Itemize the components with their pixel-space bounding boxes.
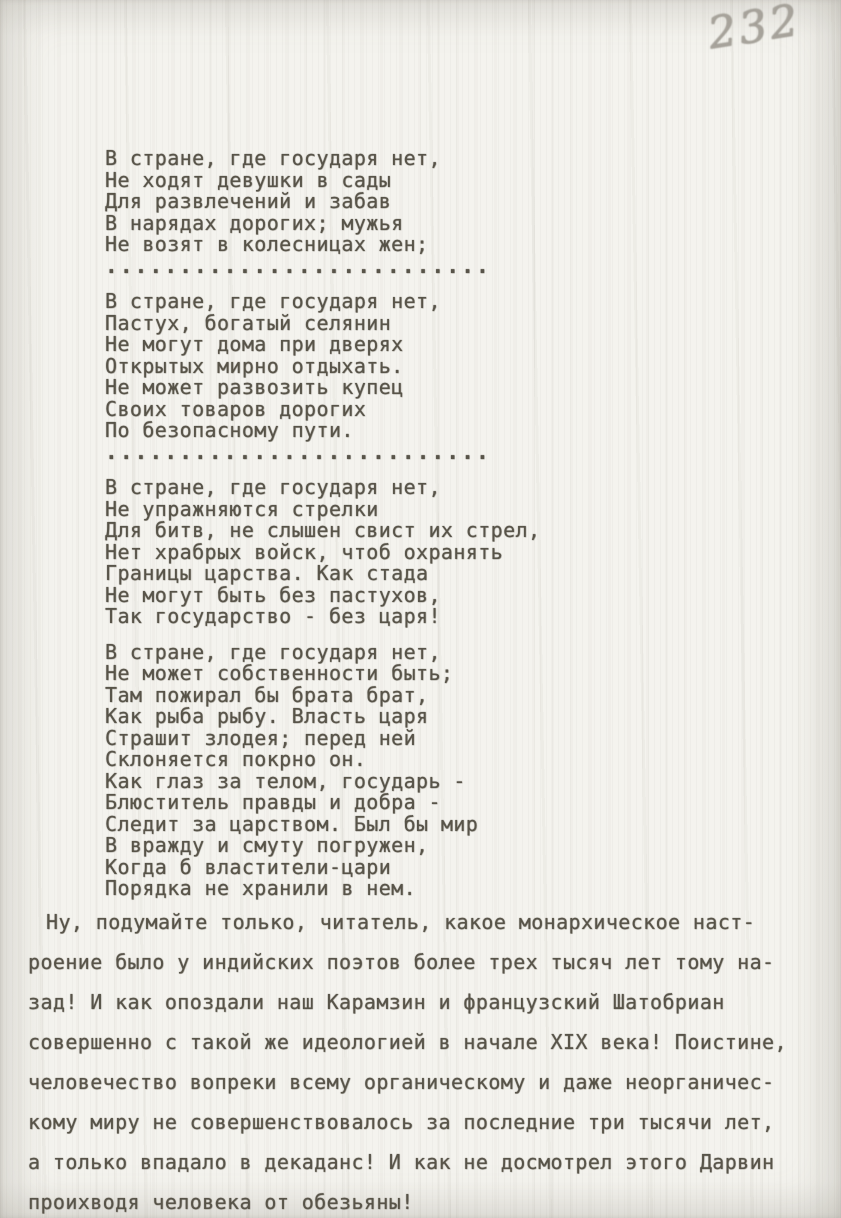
poem-line: Блюститель правды и добра - bbox=[105, 792, 540, 814]
poem-line: Не упражняются стрелки bbox=[105, 499, 540, 521]
poem-line: Для развлечений и забав bbox=[105, 191, 540, 213]
poem-stanza: В стране, где государя нет,Пастух, богат… bbox=[105, 291, 540, 463]
poem-line: Своих товаров дорогих bbox=[105, 399, 540, 421]
prose-line: а только впадало в декаданс! И как не до… bbox=[28, 1142, 818, 1182]
poem-line: Там пожирал бы брата брат, bbox=[105, 685, 540, 707]
prose-line: совершенно с такой же идеологией в начал… bbox=[28, 1022, 818, 1062]
document-page: 232 В стране, где государя нет,Не ходят … bbox=[0, 0, 841, 1218]
prose-line: проихводя человека от обезьяны! bbox=[28, 1182, 818, 1218]
prose-paragraph: Ну, подумайте только, читатель, какое мо… bbox=[28, 902, 818, 1218]
page-number-handwritten: 232 bbox=[705, 0, 805, 60]
poem-line: По безопасному пути. bbox=[105, 420, 540, 442]
poem-stanza: В стране, где государя нет,Не упражняютс… bbox=[105, 477, 540, 628]
poem-line: В стране, где государя нет, bbox=[105, 291, 540, 313]
poem-line: В стране, где государя нет, bbox=[105, 642, 540, 664]
poem-line: Порядка не хранили в нем. bbox=[105, 878, 540, 900]
prose-line: роение было у индийских поэтов более тре… bbox=[28, 942, 818, 982]
poem-line: Не могут дома при дверях bbox=[105, 334, 540, 356]
poem-line: Страшит злодея; перед ней bbox=[105, 728, 540, 750]
poem-line: Не может развозить купец bbox=[105, 377, 540, 399]
poem-line: Не ходят девушки в сады bbox=[105, 170, 540, 192]
poem: В стране, где государя нет,Не ходят деву… bbox=[105, 148, 540, 914]
poem-line: Как рыба рыбу. Власть царя bbox=[105, 706, 540, 728]
ellipsis-line: .......................... bbox=[105, 442, 540, 464]
poem-line: Как глаз за телом, государь - bbox=[105, 771, 540, 793]
poem-line: Когда б властители-цари bbox=[105, 857, 540, 879]
poem-line: В стране, где государя нет, bbox=[105, 477, 540, 499]
poem-stanza: В стране, где государя нет,Не может собс… bbox=[105, 642, 540, 900]
poem-line: В стране, где государя нет, bbox=[105, 148, 540, 170]
poem-line: Нет храбрых войск, чтоб охранять bbox=[105, 542, 540, 564]
poem-line: Так государство - без царя! bbox=[105, 606, 540, 628]
prose-line: Ну, подумайте только, читатель, какое мо… bbox=[28, 902, 818, 942]
poem-line: Не может собственности быть; bbox=[105, 663, 540, 685]
poem-line: Следит за царством. Был бы мир bbox=[105, 814, 540, 836]
prose-line: зад! И как опоздали наш Карамзин и франц… bbox=[28, 982, 818, 1022]
poem-line: Для битв, не слышен свист их стрел, bbox=[105, 520, 540, 542]
poem-line: Пастух, богатый селянин bbox=[105, 313, 540, 335]
poem-line: Границы царства. Как стада bbox=[105, 563, 540, 585]
prose-line: кому миру не совершенствовалось за после… bbox=[28, 1102, 818, 1142]
poem-line: В нарядах дорогих; мужья bbox=[105, 213, 540, 235]
poem-line: Не могут быть без пастухов, bbox=[105, 585, 540, 607]
poem-line: Склоняется покрно он. bbox=[105, 749, 540, 771]
poem-stanza: В стране, где государя нет,Не ходят деву… bbox=[105, 148, 540, 277]
poem-line: В вражду и смуту погружен, bbox=[105, 835, 540, 857]
poem-line: Не возят в колесницах жен; bbox=[105, 234, 540, 256]
prose-line: человечество вопреки всему органическому… bbox=[28, 1062, 818, 1102]
ellipsis-line: .......................... bbox=[105, 256, 540, 278]
poem-line: Открытых мирно отдыхать. bbox=[105, 356, 540, 378]
